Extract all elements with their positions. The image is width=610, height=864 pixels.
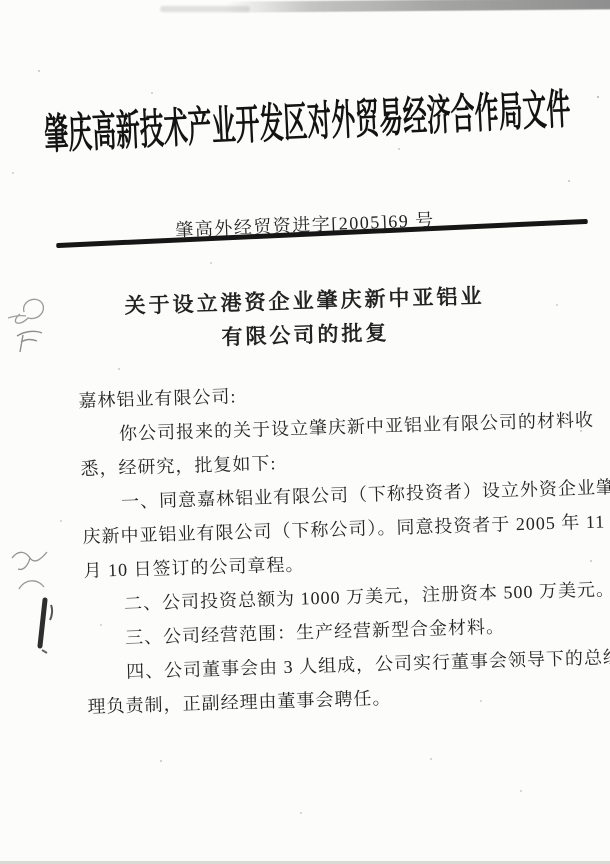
pencil-squiggle-mark: [12, 552, 47, 569]
scan-noise-speckles: [0, 0, 2, 2]
body-paragraphs: 你公司报来的关于设立肇庆新中亚铝业有限公司的材料收悉，经研究，批复如下:一、同意…: [79, 403, 588, 724]
letterhead-issuer-title: 肇庆高新技术产业开发区对外贸易经济合作局文件: [43, 86, 575, 158]
paragraph: 四、公司董事会由 3 人组成，公司实行董事会领导下的总经理负责制，正副经理由董事…: [86, 641, 588, 724]
scanned-document-page: 肇庆高新技术产业开发区对外贸易经济合作局文件 肇高外经贸资进字[2005]69 …: [0, 0, 610, 864]
document-subject-title: 关于设立港资企业肇庆新中亚铝业 有限公司的批复: [0, 275, 610, 360]
scan-smudge-fleck: [160, 6, 250, 12]
letterhead-issuer-title-text: 肇庆高新技术产业开发区对外贸易经济合作局文件: [43, 86, 571, 158]
ink-dot-mark: [42, 650, 47, 653]
pencil-arc-mark: [19, 581, 44, 589]
ink-tick-mark: [50, 605, 52, 620]
ink-stroke-mark: [40, 600, 45, 646]
document-body: 嘉林铝业有限公司: 你公司报来的关于设立肇庆新中亚铝业有限公司的材料收悉，经研究…: [78, 369, 588, 724]
scan-smudge-top: [225, 0, 610, 13]
paragraph: 一、同意嘉林铝业有限公司（下称投资者）设立外资企业肇庆新中亚铝业有限公司（下称公…: [81, 471, 584, 588]
